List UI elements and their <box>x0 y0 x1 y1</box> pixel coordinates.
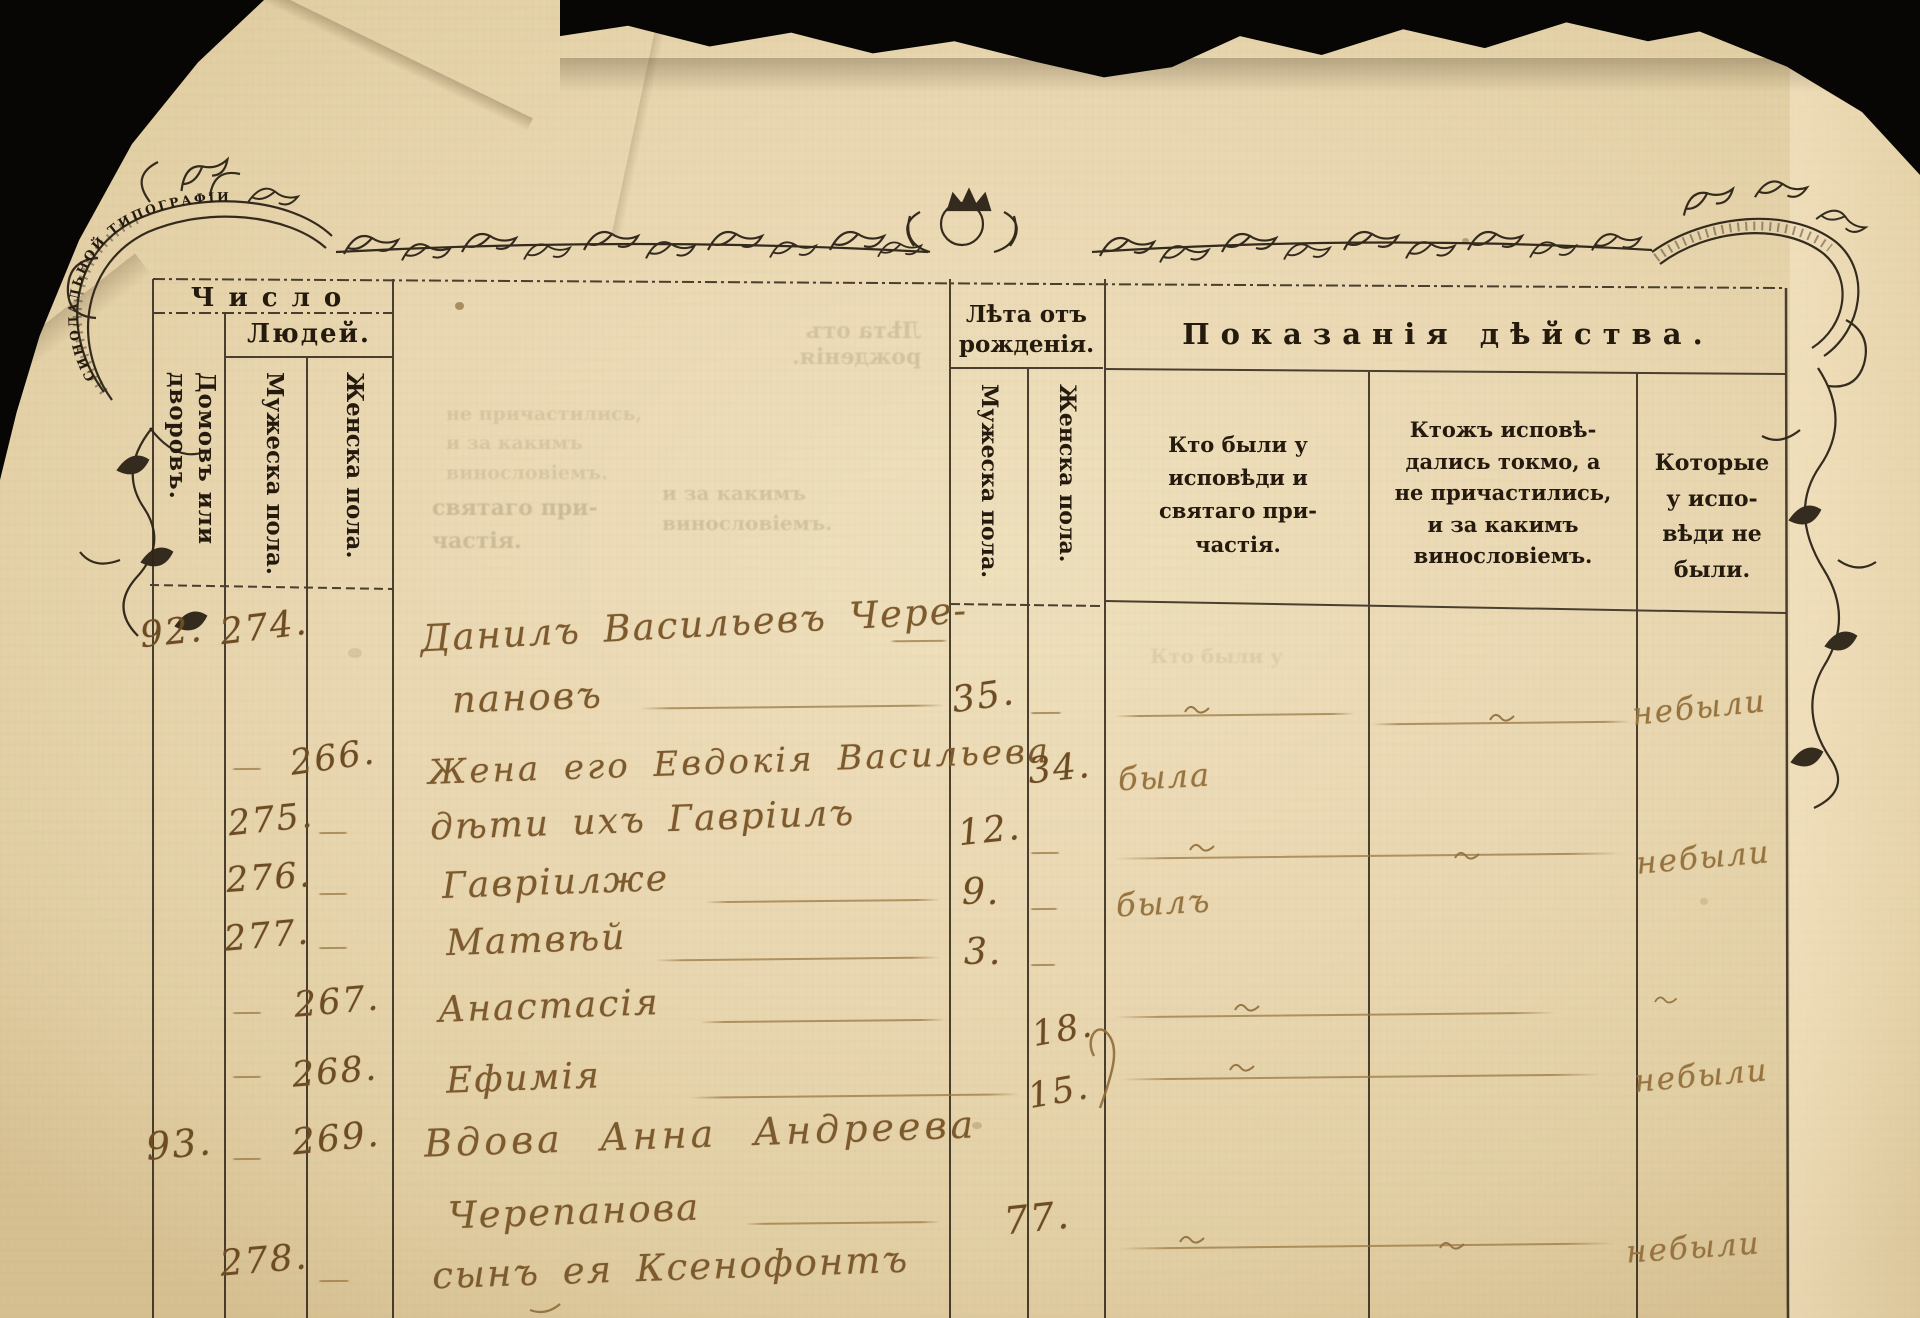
header-chislo: Число <box>153 283 393 313</box>
header-line: винословіемъ. <box>1374 540 1632 572</box>
entry-house-number: 92. <box>138 609 205 656</box>
ink-dash <box>1030 908 1058 910</box>
ink-dash <box>1030 964 1056 966</box>
entry-male-number: 277. <box>222 912 311 959</box>
header-col-absent: Которые у испо- вѣди не были. <box>1642 446 1782 589</box>
header-col-confessed: Кто были у исповѣди и святаго при- часті… <box>1110 428 1366 561</box>
header-line: и за какимъ <box>1374 509 1632 541</box>
ink-dash <box>232 768 262 770</box>
header-leta: Лѣта отъ рожденія. <box>948 300 1105 360</box>
header-zhenska-age-rotated: Женска пола. <box>1053 384 1081 596</box>
ink-dash <box>232 1076 262 1078</box>
ink-dash <box>318 947 348 949</box>
header-line: дались токмо, а <box>1374 446 1632 478</box>
entry-name: Гавріилже <box>441 858 669 907</box>
entry-age-male: 9. <box>962 872 1000 913</box>
header-line: у испо- <box>1642 482 1782 518</box>
ink-dash <box>1030 712 1062 714</box>
header-zhenska-count-rotated: Женска пола. <box>339 372 368 592</box>
header-col-confessed-only: Ктожъ исповѣ- дались токмо, а не причаст… <box>1374 414 1632 572</box>
entry-mark-confessed: была <box>1117 756 1212 799</box>
entry-age-male: 35. <box>949 672 1017 721</box>
entry-age-male: 3. <box>964 932 1002 973</box>
ink-dash <box>318 893 348 895</box>
header-leta-line1: Лѣта отъ <box>948 300 1105 330</box>
scanned-confession-register-page: Лѣта отъ рожденія. не причастились, и за… <box>0 0 1920 1318</box>
ink-dash <box>318 1280 350 1282</box>
entry-age-male: 12. <box>956 807 1023 854</box>
header-leta-line2: рожденія. <box>948 330 1105 360</box>
header-line: Ктожъ исповѣ- <box>1374 414 1632 446</box>
header-muzheska-count-rotated: Мужеска пола. <box>259 372 288 592</box>
header-line: были. <box>1642 553 1782 589</box>
ink-dash <box>232 1158 262 1160</box>
entry-name: Черепанова <box>447 1186 701 1238</box>
entry-male-number: 276. <box>225 855 314 901</box>
ink-dash <box>232 1012 262 1014</box>
header-lyudey: Людей. <box>225 319 393 349</box>
header-line: Кто были у <box>1110 428 1366 461</box>
header-line: частія. <box>1110 528 1366 561</box>
entry-name: Анастасія <box>437 982 660 1031</box>
ink-dash <box>1030 852 1060 854</box>
entry-female-number: 267. <box>292 978 381 1025</box>
entry-male-number: 278. <box>218 1236 309 1285</box>
ink-dash <box>318 832 348 834</box>
header-line: вѣди не <box>1642 517 1782 553</box>
entry-name: Матвѣй <box>445 917 627 964</box>
header-pokazaniya: Показанія дѣйства. <box>1110 317 1786 351</box>
entry-name: Ефимія <box>445 1055 601 1101</box>
header-line: Которые <box>1642 446 1782 482</box>
entry-name: пановъ <box>451 673 603 721</box>
header-domov-rotated: Домовъ или дворовъ. <box>163 372 221 600</box>
entry-age-female: 34. <box>1026 745 1093 792</box>
entry-female-number: 268. <box>290 1048 379 1095</box>
entry-mark-confessed: былъ <box>1115 882 1212 925</box>
header-line: не причастились, <box>1374 477 1632 509</box>
header-muzheska-age-rotated: Мужеска пола. <box>975 384 1003 596</box>
header-line: исповѣди и <box>1110 461 1366 494</box>
entry-house-number: 93. <box>144 1119 214 1169</box>
header-line: святаго при- <box>1110 494 1366 527</box>
entry-age-female: 77. <box>1002 1193 1073 1244</box>
